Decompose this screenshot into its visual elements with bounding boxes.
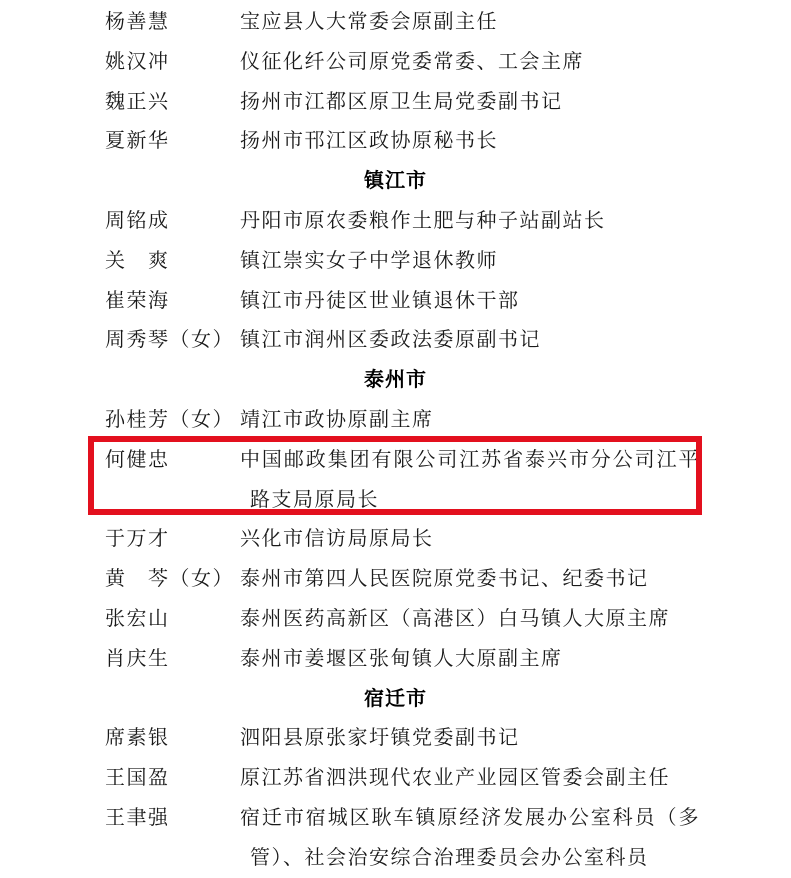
person-name: 关 爽 [105,242,240,282]
person-entry-row: 何健忠 中国邮政集团有限公司江苏省泰兴市分公司江平路支局原局长 [105,441,700,521]
person-name: 孙桂芳（女） [105,401,240,441]
person-title: 兴化市信访局原局长 [240,520,700,560]
person-entry-row: 杨善慧 宝应县人大常委会原副主任 [105,3,700,43]
person-entry-row: 王聿强 宿迁市宿城区耿车镇原经济发展办公室科员（多管）、社会治安综合治理委员会办… [105,799,700,878]
person-name: 姚汉冲 [105,43,240,83]
person-title: 宿迁市宿城区耿车镇原经济发展办公室科员（多管）、社会治安综合治理委员会办公室科员 [240,799,700,878]
person-entry-row: 魏正兴 扬州市江都区原卫生局党委副书记 [105,83,700,123]
person-name: 杨善慧 [105,3,240,43]
person-title: 仪征化纤公司原党委常委、工会主席 [240,43,700,83]
person-name: 席素银 [105,719,240,759]
person-title: 镇江市润州区委政法委原副书记 [240,321,700,361]
person-entry-row: 张宏山 泰州医药高新区（高港区）白马镇人大原主席 [105,600,700,640]
person-name: 王聿强 [105,799,240,878]
person-title: 中国邮政集团有限公司江苏省泰兴市分公司江平路支局原局长 [240,441,700,521]
person-title: 泰州市第四人民医院原党委书记、纪委书记 [240,560,700,600]
person-entry-row: 夏新华 扬州市邗江区政协原秘书长 [105,122,700,162]
person-title: 泗阳县原张家圩镇党委副书记 [240,719,700,759]
person-name: 张宏山 [105,600,240,640]
person-name: 崔荣海 [105,282,240,322]
person-entry-row: 姚汉冲 仪征化纤公司原党委常委、工会主席 [105,43,700,83]
person-title: 扬州市邗江区政协原秘书长 [240,122,700,162]
person-entry-row: 王国盈 原江苏省泗洪现代农业产业园区管委会副主任 [105,759,700,799]
person-entry-row: 席素银 泗阳县原张家圩镇党委副书记 [105,719,700,759]
person-entry-row: 肖庆生 泰州市姜堰区张甸镇人大原副主席 [105,640,700,680]
person-title: 泰州市姜堰区张甸镇人大原副主席 [240,640,700,680]
person-title: 丹阳市原农委粮作土肥与种子站副站长 [240,202,700,242]
city-section-header: 泰州市 [0,361,791,401]
person-name: 何健忠 [105,441,240,521]
person-title: 镇江崇实女子中学退休教师 [240,242,700,282]
person-title: 扬州市江都区原卫生局党委副书记 [240,83,700,123]
name-list: 杨善慧 宝应县人大常委会原副主任 姚汉冲 仪征化纤公司原党委常委、工会主席 魏正… [105,3,791,878]
person-entry-row: 崔荣海 镇江市丹徒区世业镇退休干部 [105,282,700,322]
person-name: 黄 芩（女） [105,560,240,600]
person-title: 镇江市丹徒区世业镇退休干部 [240,282,700,322]
person-name: 周秀琴（女） [105,321,240,361]
person-entry-row: 孙桂芳（女） 靖江市政协原副主席 [105,401,700,441]
person-entry-row: 周铭成 丹阳市原农委粮作土肥与种子站副站长 [105,202,700,242]
person-entry-row: 于万才 兴化市信访局原局长 [105,520,700,560]
person-name: 于万才 [105,520,240,560]
city-section-header: 宿迁市 [0,680,791,720]
person-name: 周铭成 [105,202,240,242]
person-name: 肖庆生 [105,640,240,680]
person-entry-row: 关 爽 镇江崇实女子中学退休教师 [105,242,700,282]
person-name: 夏新华 [105,122,240,162]
person-entry-row: 黄 芩（女） 泰州市第四人民医院原党委书记、纪委书记 [105,560,700,600]
person-name: 魏正兴 [105,83,240,123]
person-name: 王国盈 [105,759,240,799]
city-section-header: 镇江市 [0,162,791,202]
person-title: 泰州医药高新区（高港区）白马镇人大原主席 [240,600,700,640]
person-entry-row: 周秀琴（女） 镇江市润州区委政法委原副书记 [105,321,700,361]
person-title: 原江苏省泗洪现代农业产业园区管委会副主任 [240,759,700,799]
person-title: 靖江市政协原副主席 [240,401,700,441]
document-page: 杨善慧 宝应县人大常委会原副主任 姚汉冲 仪征化纤公司原党委常委、工会主席 魏正… [0,0,791,878]
person-title: 宝应县人大常委会原副主任 [240,3,700,43]
